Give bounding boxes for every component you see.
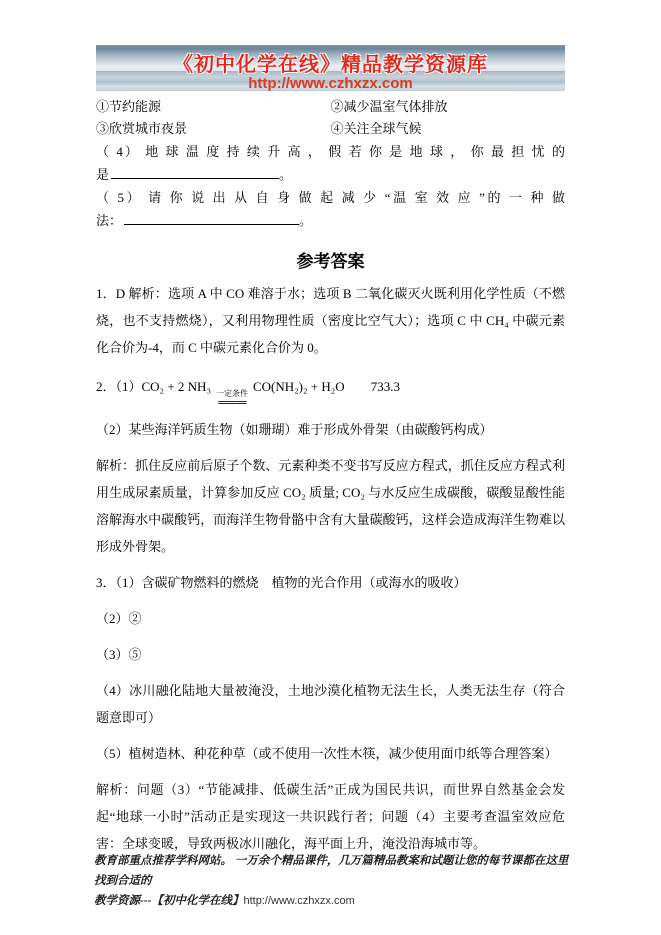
equation-reactants: 2．（1）CO₂ + 2 NH₃ <box>96 379 211 394</box>
answer-3-sub1-text: 3．（1）含碳矿物燃料的燃烧 植物的光合作用（或海水的吸收） <box>96 569 565 596</box>
question-5-blank[interactable] <box>124 210 299 225</box>
answer-2-equation: 2．（1）CO₂ + 2 NH₃一定条件=====CO(NH₂)₂ + H₂O7… <box>96 373 565 407</box>
document-body: ①节约能源 ②减少温室气体排放 ③欣赏城市夜景 ④关注全球气候 （ 4） 地 球… <box>96 96 565 857</box>
footer-line1: 教育部重点推荐学科网站。 一万余个精品课件，几万篇精品教案和试题让您的每节课都在… <box>94 851 572 891</box>
option-4: ④关注全球气候 <box>331 118 566 140</box>
question-4-text: （ 4） 地 球 温 度 持 续 升 高 ， 假 若 你 是 地 球 ， 你 最… <box>96 140 565 163</box>
answer-2-sub2-text: （2）某些海洋钙质生物（如珊瑚）难于形成外骨架（由碳酸钙构成） <box>96 416 565 443</box>
answer-3-sub3-text: （3）⑤ <box>96 641 565 668</box>
equation-products: CO(NH₂)₂ + H₂O <box>253 379 345 394</box>
question-5-period: 。 <box>299 213 312 228</box>
page-footer: 教育部重点推荐学科网站。 一万余个精品课件，几万篇精品教案和试题让您的每节课都在… <box>94 851 572 911</box>
answer-3-sub5-text: （5）植树造林、种花种草（或不使用一次性木筷，减少使用面巾纸等合理答案） <box>96 740 565 767</box>
document-page: 《初中化学在线》精品教学资源库 http://www.czhxzx.com ①节… <box>0 0 661 935</box>
answers-section-title: 参考答案 <box>96 247 565 272</box>
options-list: ①节约能源 ②减少温室气体排放 ③欣赏城市夜景 ④关注全球气候 <box>96 96 565 140</box>
answer-3-sub2-text: （2）② <box>96 605 565 632</box>
question-4-period: 。 <box>279 167 292 182</box>
header-banner: 《初中化学在线》精品教学资源库 http://www.czhxzx.com <box>96 45 565 91</box>
footer-line2-text: 教学资源---【初中化学在线】 <box>94 895 244 907</box>
banner-title: 《初中化学在线》精品教学资源库 <box>96 48 565 77</box>
banner-url-link[interactable]: http://www.czhxzx.com <box>96 75 565 91</box>
question-4-answer-line: 是。 <box>96 163 565 186</box>
question-4-prefix: 是 <box>96 167 109 182</box>
question-5-text: （ 5） 请 你 说 出 从 自 身 做 起 减 少 “温 室 效 应 ”的 一… <box>96 186 565 209</box>
question-4-blank[interactable] <box>111 164 279 179</box>
option-2: ②减少温室气体排放 <box>331 96 566 118</box>
answer-2-analysis: 解析：抓住反应前后原子个数、元素种类不变书写反应方程式，抓住反应方程式利用生成尿… <box>96 452 565 560</box>
footer-url-link[interactable]: http://www.czhxzx.com <box>244 895 355 907</box>
answer-3-sub4-text: （4）冰川融化陆地大量被淹没，土地沙漠化植物无法生长，人类无法生存（符合题意即可… <box>96 677 565 731</box>
option-3: ③欣赏城市夜景 <box>96 118 331 140</box>
equation-equals-sign: ===== <box>218 398 246 407</box>
answer-1-text: 1．D 解析：选项 A 中 CO 难溶于水；选项 B 二氧化碳灭火既利用化学性质… <box>96 280 565 361</box>
option-1: ①节约能源 <box>96 96 331 118</box>
equation-result-value: 733.3 <box>371 379 400 394</box>
equation-condition-stack: 一定条件===== <box>216 389 248 407</box>
answer-3-analysis: 解析：问题（3）“节能减排、低碳生活”正成为国民共识，而世界自然基金会发起“地球… <box>96 776 565 857</box>
question-5-answer-line: 法：。 <box>96 209 565 232</box>
question-5-prefix: 法： <box>96 213 122 228</box>
footer-line2: 教学资源---【初中化学在线】http://www.czhxzx.com <box>94 891 572 911</box>
